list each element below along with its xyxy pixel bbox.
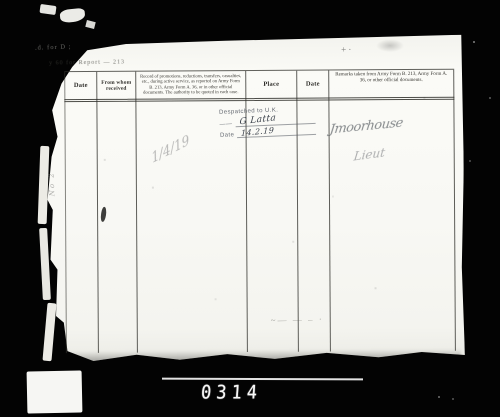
column-header-from-whom-received: From whom received [97, 72, 135, 99]
frame-counter: 0314 [200, 382, 262, 404]
column-header-place: Place [246, 71, 296, 98]
despatched-to-uk-stamp: Despatched to U.K. —— G Latta Date 14.2.… [219, 106, 316, 139]
ink-smudge [376, 39, 404, 52]
stamp-date-handwriting: 14.2.19 [241, 126, 275, 138]
column-date: Date [64, 72, 99, 353]
column-header-record-of-service: Record of promotions, reductions, transf… [136, 71, 245, 101]
faint-form-heading: y 60 for Report — 213 [49, 59, 125, 66]
column-remarks: Remarks taken from Army Form B. 213, Arm… [329, 70, 456, 352]
torn-paper-fragment [39, 4, 56, 15]
column-header-date-2: Date [297, 71, 328, 98]
film-dust-specks [0, 0, 2, 2]
margin-note-handwriting: No 2 [47, 171, 56, 196]
column-header-remarks: Remarks taken from Army Form B. 213, Arm… [329, 70, 453, 100]
microfilm-scan-viewport: .d. for D ; y 60 for Report — 213 + · Da… [0, 0, 500, 417]
stamp-line-2-dash: —— [219, 121, 232, 128]
registration-plus-mark: + · [341, 44, 351, 54]
document-page: y 60 for Report — 213 + · Date From whom… [31, 35, 465, 370]
column-header-date: Date [65, 72, 96, 99]
torn-paper-fragment [59, 8, 85, 24]
light-table-patch [27, 370, 83, 413]
paper-aging-specks [31, 37, 33, 39]
torn-paper-fragment [85, 20, 95, 29]
stamp-line-3-date-label: Date [220, 132, 235, 139]
frame-divider-line [162, 378, 363, 381]
